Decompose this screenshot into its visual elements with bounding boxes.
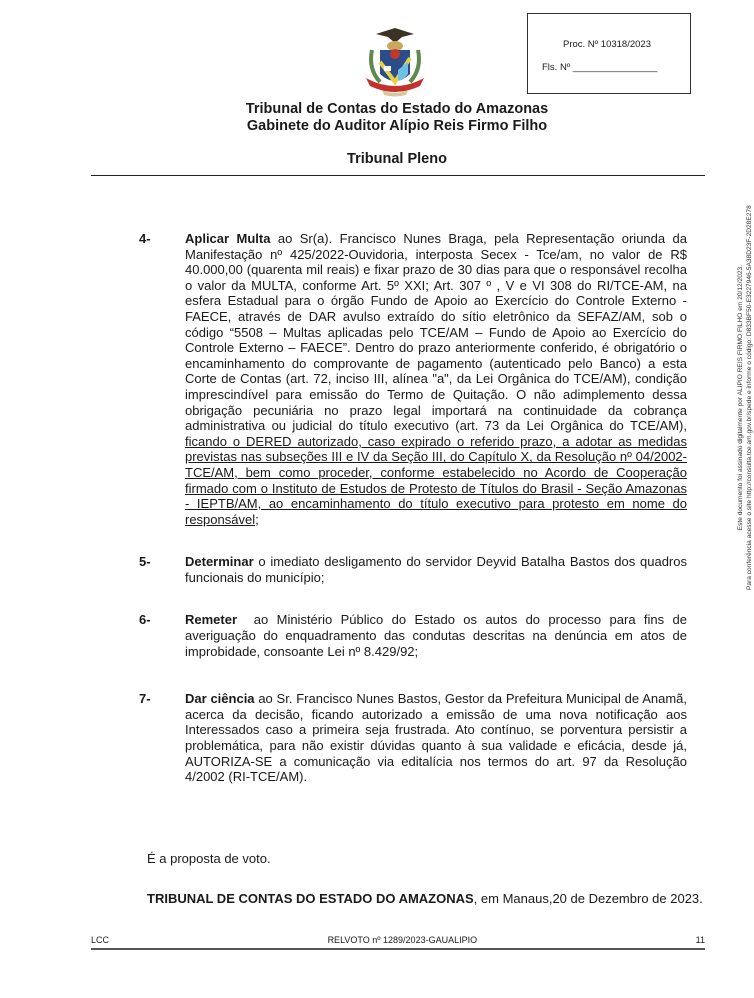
- item-tail: ;: [255, 512, 259, 527]
- item-action: Remeter: [185, 612, 237, 627]
- item-number: 4-: [139, 231, 151, 247]
- item-number: 7-: [139, 691, 151, 707]
- process-number: Proc. Nº 10318/2023: [563, 39, 651, 50]
- decision-item-7: 7- Dar ciência ao Sr. Francisco Nunes Ba…: [139, 691, 687, 785]
- court-title: Tribunal de Contas do Estado do Amazonas: [0, 101, 754, 118]
- header-divider: [91, 175, 705, 176]
- item-text: ao Sr(a). Francisco Nunes Braga, pela Re…: [185, 231, 687, 433]
- item-action: Aplicar Multa: [185, 231, 270, 246]
- page-number: 11: [696, 935, 705, 945]
- item-text: ao Sr. Francisco Nunes Bastos, Gestor da…: [185, 691, 687, 784]
- footer-initials: LCC: [91, 935, 109, 945]
- verification-line: Para conferência acesse o site http://co…: [745, 205, 754, 590]
- decision-item-5: 5- Determinar o imediato desligamento do…: [139, 554, 687, 585]
- closing-place-date: , em Manaus,20 de Dezembro de 2023.: [474, 891, 703, 906]
- footer-document-ref: RELVOTO nº 1289/2023-GAUALIPIO: [328, 935, 478, 945]
- decision-item-4: 4- Aplicar Multa ao Sr(a). Francisco Nun…: [139, 231, 687, 527]
- signature-line: Este documento foi assinado digitalmente…: [736, 205, 745, 590]
- decision-item-6: 6- Remeter ao Ministério Público do Esta…: [139, 612, 687, 659]
- item-underlined-text: ficando o DERED autorizado, caso expirad…: [185, 434, 687, 527]
- page-footer: LCC RELVOTO nº 1289/2023-GAUALIPIO 11: [91, 935, 705, 945]
- item-text: ao Ministério Público do Estado os autos…: [185, 612, 691, 658]
- closing-institution: TRIBUNAL DE CONTAS DO ESTADO DO AMAZONAS: [147, 891, 474, 906]
- item-action: Dar ciência: [185, 691, 255, 706]
- footer-divider: [91, 948, 705, 950]
- amazonas-coat-of-arms-icon: [362, 24, 428, 98]
- folio-number: Fls. Nº ________________: [542, 62, 657, 73]
- item-number: 5-: [139, 554, 151, 570]
- decision-items: 4- Aplicar Multa ao Sr(a). Francisco Nun…: [139, 231, 687, 812]
- item-number: 6-: [139, 612, 151, 628]
- closing-statement: TRIBUNAL DE CONTAS DO ESTADO DO AMAZONAS…: [91, 889, 705, 909]
- vote-proposal: É a proposta de voto.: [147, 851, 271, 866]
- item-text: o imediato desligamento do servidor Deyv…: [185, 554, 687, 585]
- digital-signature-note: Este documento foi assinado digitalmente…: [736, 205, 754, 590]
- process-number-box: Proc. Nº 10318/2023 Fls. Nº ____________…: [527, 13, 691, 94]
- office-title: Gabinete do Auditor Alípio Reis Firmo Fi…: [0, 118, 754, 135]
- section-title: Tribunal Pleno: [0, 151, 754, 168]
- item-action: Determinar: [185, 554, 254, 569]
